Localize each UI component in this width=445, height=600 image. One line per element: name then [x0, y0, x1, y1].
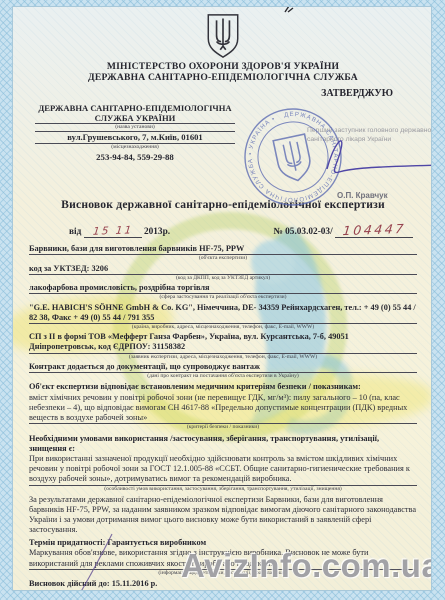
signature-icon — [299, 117, 432, 189]
field-row-scope: лакофарбова промисловість, роздрібна тор… — [29, 283, 417, 301]
field-value: Барвники, бази для виготовлення барвникі… — [29, 244, 417, 255]
issuer-block: ДЕРЖАВНА САНІТАРНО-ЕПІДЕМІОЛОГІЧНА СЛУЖБ… — [35, 103, 235, 163]
field-row-code: код за УКТЗЕД: 3206 (код за ДКПП, код за… — [29, 264, 417, 282]
issuer-address-caption: (місцезнаходження) — [35, 144, 235, 151]
field-caption: (заявник експертизи, адреса, місцезнаход… — [29, 354, 417, 361]
conditions-paragraph: Необхідними умовами використання /застос… — [29, 434, 417, 493]
criteria-body: вміст хімічних речовин у повітрі робочої… — [29, 393, 417, 425]
field-row-contract: Контракт додається до документації, що с… — [29, 362, 417, 380]
field-value: Контракт додається до документації, що с… — [29, 362, 417, 373]
approver-name: О.П. Кравчук — [337, 191, 388, 200]
conclusion-paragraph: За результатами державної санітарно-епід… — [29, 495, 417, 536]
header-columns: ДЕРЖАВНА САНІТАРНО-ЕПІДЕМІОЛОГІЧНА СЛУЖБ… — [29, 99, 417, 195]
criteria-caption: (критерії безпеки / показники) — [29, 424, 417, 431]
issuer-phones: 253-94-84, 559-29-88 — [35, 151, 235, 163]
issue-date-suffix: 2013р. — [144, 227, 170, 237]
field-caption: (сфера застосування та реалізації об'єкт… — [29, 294, 417, 301]
ministry-name: МІНІСТЕРСТВО ОХОРОНИ ЗДОРОВ'Я УКРАЇНИ — [29, 61, 417, 72]
doc-number: № 05.03.02-03/ 104447 — [273, 222, 413, 238]
field-value: лакофарбова промисловість, роздрібна тор… — [29, 283, 417, 294]
field-caption: (країна, виробник, адреса, місцезнаходже… — [29, 324, 417, 331]
pen-stroke-icon — [68, 532, 128, 591]
doc-number-blank: 104447 — [335, 222, 413, 238]
field-caption: (дані про контракт на постачання об'єкта… — [29, 373, 417, 380]
doc-number-value: 104447 — [342, 221, 407, 238]
issuer-address: вул.Грушевського, 7, м.Київ, 01601 — [35, 132, 235, 144]
security-border-background: МІНІСТЕРСТВО ОХОРОНИ ЗДОРОВ'Я УКРАЇНИ ДЕ… — [0, 0, 445, 600]
issuer-name-caption: (назва установи) — [35, 124, 235, 132]
certificate-content: МІНІСТЕРСТВО ОХОРОНИ ЗДОРОВ'Я УКРАЇНИ ДЕ… — [13, 7, 431, 590]
field-value: СП з ІІ в формі ТОВ «Мефферт Ганза Фарбе… — [29, 332, 417, 353]
field-caption: (код за ДКПП, код за УКТЗЕД артикул) — [29, 275, 417, 282]
approve-label: ЗАТВЕРДЖУЮ — [29, 88, 417, 99]
doc-number-prefix: № 05.03.02-03/ — [273, 227, 332, 237]
agency-name: ДЕРЖАВНА САНІТАРНО-ЕПІДЕМІОЛОГІЧНА СЛУЖБ… — [29, 72, 417, 83]
conditions-body: При використанні зазначеної продукції не… — [29, 454, 417, 486]
issue-date-value: 15 11 — [92, 224, 134, 237]
field-value: код за УКТЗЕД: 3206 — [29, 264, 417, 275]
pen-mark-icon — [283, 6, 295, 14]
field-caption: (об'єкта експертизи) — [29, 255, 417, 262]
conditions-caption: (особливості умов використання, застосув… — [29, 486, 417, 493]
criteria-paragraph: Об'єкт експертизи відповідає встановлени… — [29, 382, 417, 431]
issuer-name-line2: СЛУЖБА УКРАЇНИ — [35, 113, 235, 124]
meta-row: від 15 11 2013р. № 05.03.02-03/ 104447 — [29, 222, 417, 238]
trident-emblem-icon — [204, 13, 242, 59]
conditions-heading: Необхідними умовами використання /застос… — [29, 434, 417, 454]
field-row-object: Барвники, бази для виготовлення барвникі… — [29, 244, 417, 262]
criteria-heading: Об'єкт експертизи відповідає встановлени… — [29, 382, 417, 392]
issue-date: від 15 11 2013р. — [69, 225, 170, 238]
responsibility-line: Відповідальність за дотримання вимог цьо… — [29, 590, 417, 591]
field-row-applicant: СП з ІІ в формі ТОВ «Мефферт Ганза Фарбе… — [29, 332, 417, 360]
form-fields: Барвники, бази для виготовлення барвникі… — [29, 244, 417, 380]
issue-date-blank: 15 11 — [84, 225, 142, 238]
field-row-manufacturer: "G.E. HABICH'S SÖHNE GmbH & Co. KG", Нім… — [29, 303, 417, 331]
issuer-name-line1: ДЕРЖАВНА САНІТАРНО-ЕПІДЕМІОЛОГІЧНА — [35, 103, 235, 113]
site-watermark: AvizInfo.com.ua — [181, 547, 432, 585]
certificate-page: МІНІСТЕРСТВО ОХОРОНИ ЗДОРОВ'Я УКРАЇНИ ДЕ… — [12, 6, 432, 591]
field-value: "G.E. HABICH'S SÖHNE GmbH & Co. KG", Нім… — [29, 303, 417, 324]
issue-date-prefix: від — [69, 227, 81, 237]
